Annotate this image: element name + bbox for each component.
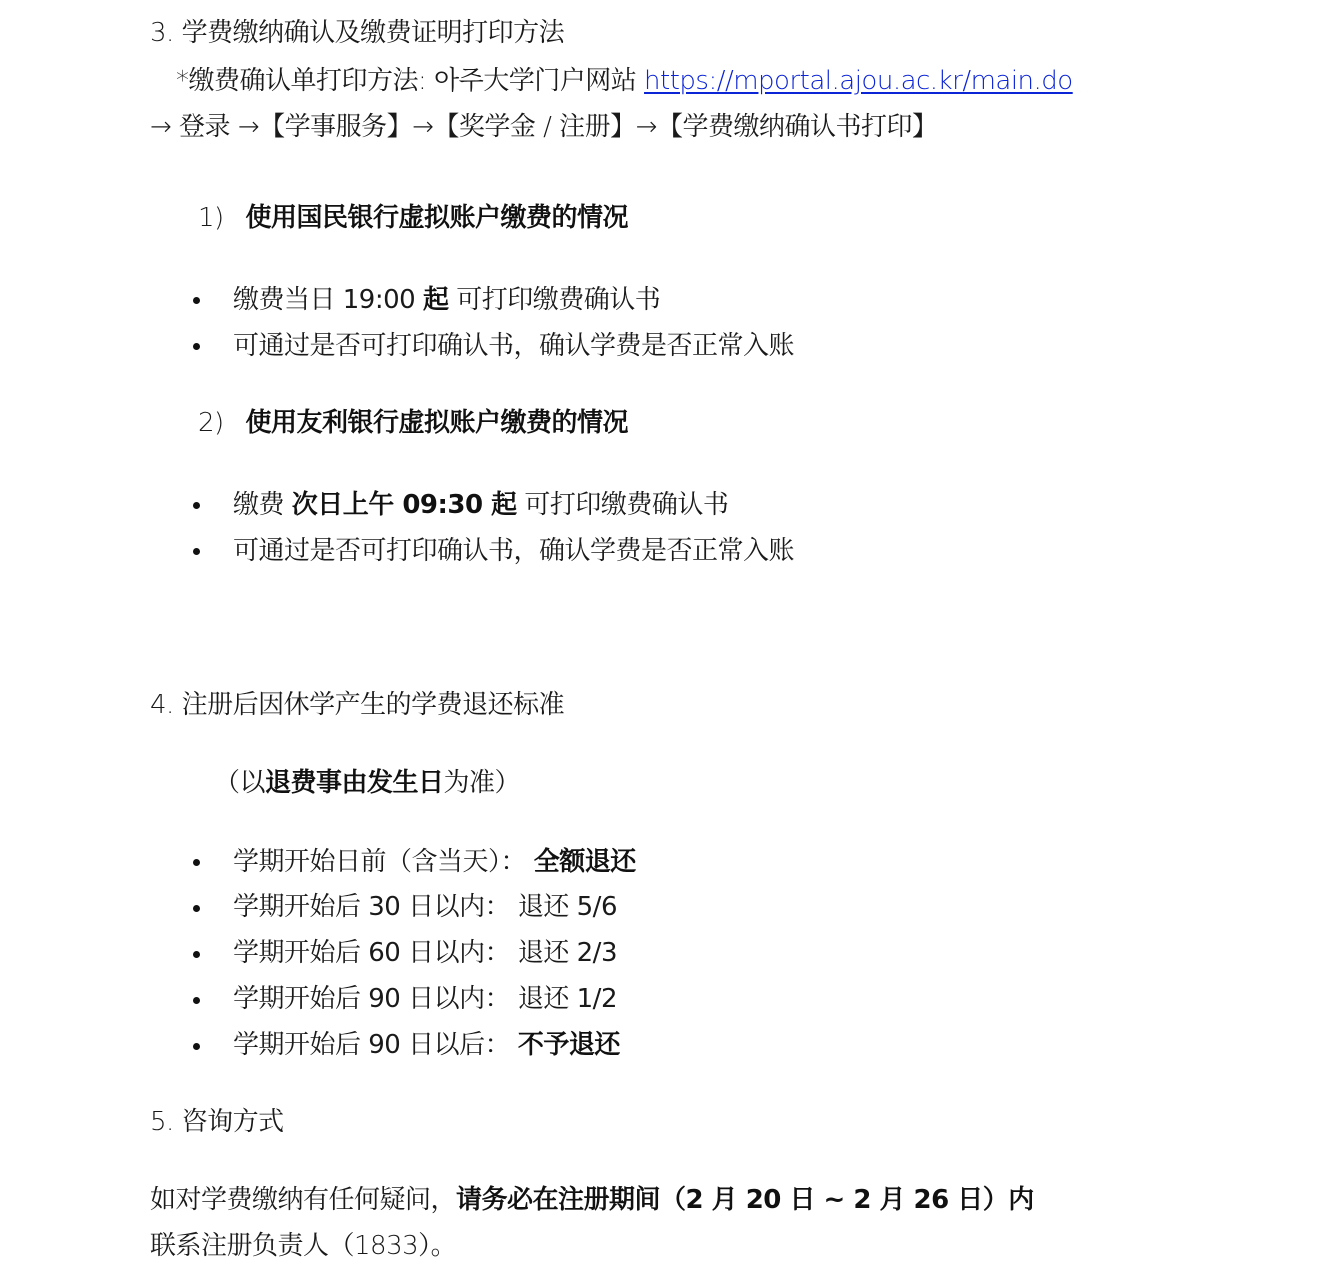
bullet-icon: [193, 502, 200, 509]
case-2-heading: 2) 使用友利银行虚拟账户缴费的情况: [198, 406, 628, 440]
list-item-text: 学期开始后 90 日以后：: [233, 1030, 518, 1060]
case-1-heading: 1) 使用国民银行虚拟账户缴费的情况: [198, 201, 628, 235]
contact-text: 如对学费缴纳有任何疑问，: [150, 1185, 456, 1215]
bullet-icon: [193, 997, 200, 1004]
contact-paragraph-line-1: 如对学费缴纳有任何疑问，请务必在注册期间（2 月 20 日 ~ 2 月 26 日…: [150, 1183, 1034, 1217]
case-2-title: 使用友利银行虚拟账户缴费的情况: [245, 408, 628, 438]
note-open: （以: [214, 768, 265, 798]
list-item-text: 可打印缴费确认书: [517, 490, 729, 520]
list-item-text: 可打印缴费确认书: [448, 285, 660, 315]
list-item-text: 缴费: [233, 490, 292, 520]
section-3-title: 3. 学费缴纳确认及缴费证明打印方法: [150, 16, 564, 50]
case-2-number: 2): [198, 408, 224, 438]
case-1-number: 1): [198, 203, 224, 233]
list-item-text: 可通过是否可打印确认书，确认学费是否正常入账: [233, 536, 794, 566]
bullet-icon: [193, 859, 200, 866]
list-item-text: 学期开始后 60 日以内： 退还 2/3: [233, 938, 617, 968]
bullet-icon: [193, 951, 200, 958]
list-item-text: 学期开始后 30 日以内： 退还 5/6: [233, 892, 617, 922]
contact-emphasis: 请务必在注册期间（2 月 20 日 ~ 2 月 26 日）内: [456, 1185, 1034, 1215]
list-item-text: 缴费当日 19:00: [233, 285, 423, 315]
contact-paragraph-line-2: 联系注册负责人（1833）。: [150, 1229, 456, 1263]
navigation-path: → 登录 →【学事服务】→【奖学金 / 注册】→【学费缴纳确认书打印】: [150, 110, 937, 144]
list-item-emphasis: 不予退还: [518, 1030, 620, 1060]
list-item-emphasis: 次日上午 09:30 起: [292, 490, 517, 520]
bullet-icon: [193, 297, 200, 304]
list-item-emphasis: 全额退还: [534, 847, 636, 877]
refund-basis-note: （以退费事由发生日为准）: [214, 766, 520, 800]
list-item-text: 可通过是否可打印确认书，确认学费是否正常入账: [233, 331, 794, 361]
list-item-text: 学期开始后 90 日以内： 退还 1/2: [233, 984, 617, 1014]
bullet-icon: [193, 548, 200, 555]
section-5-title: 5. 咨询方式: [150, 1105, 284, 1139]
case-1-title: 使用国民银行虚拟账户缴费的情况: [245, 203, 628, 233]
note-emphasis: 退费事由发生日: [265, 768, 444, 798]
note-close: 为准）: [444, 768, 521, 798]
print-method-line: *缴费确认单打印方法: 아주大学门户网站 https://mportal.ajo…: [176, 64, 1073, 98]
list-item-emphasis: 起: [423, 285, 449, 315]
bullet-icon: [193, 343, 200, 350]
list-item-text: 学期开始日前（含当天）：: [233, 847, 534, 877]
portal-link[interactable]: https://mportal.ajou.ac.kr/main.do: [644, 66, 1073, 96]
print-method-label: *缴费确认单打印方法: 아주大学门户网站: [176, 66, 644, 96]
bullet-icon: [193, 905, 200, 912]
bullet-icon: [193, 1043, 200, 1050]
section-4-title: 4. 注册后因休学产生的学费退还标准: [150, 688, 564, 722]
